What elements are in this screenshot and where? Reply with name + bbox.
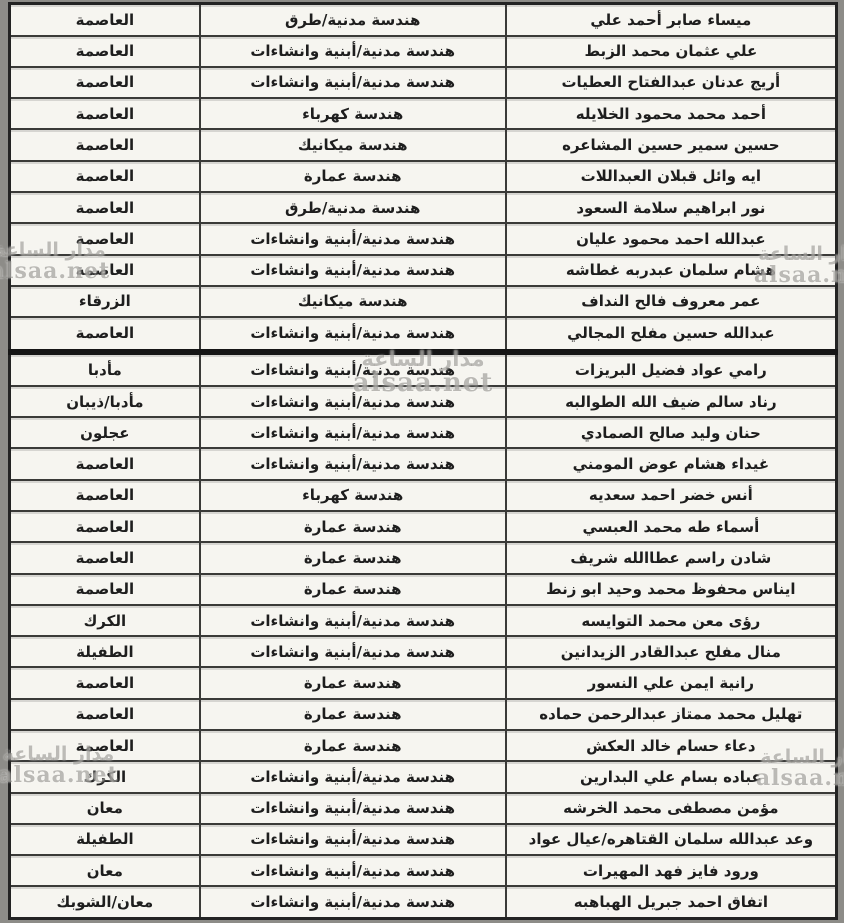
name-cell: نور ابراهيم سلامة السعود [506, 192, 837, 223]
table-row: علي عثمان محمد الزبطهندسة مدنية/أبنية وا… [10, 36, 837, 67]
specialization-cell: هندسة عمارة [200, 161, 506, 192]
name-cell: حسين سمير حسين المشاعره [506, 129, 837, 160]
specialization-cell: هندسة مدنية/أبنية وانشاءات [200, 223, 506, 254]
name-cell: عبدالله احمد محمود عليان [506, 223, 837, 254]
governorate-cell: العاصمة [10, 161, 200, 192]
specialization-cell: هندسة مدنية/أبنية وانشاءات [200, 255, 506, 286]
governorate-cell: الطفيلة [10, 636, 200, 667]
governorate-cell: عجلون [10, 417, 200, 448]
specialization-cell: هندسة ميكانيك [200, 286, 506, 317]
governorate-cell: الكرك [10, 761, 200, 792]
name-cell: دعاء حسام خالد العكش [506, 730, 837, 761]
table-row: ميساء صابر أحمد عليهندسة مدنية/طرقالعاصم… [10, 4, 837, 36]
table-row: عباده بسام علي البدارينهندسة مدنية/أبنية… [10, 761, 837, 792]
table-row: دعاء حسام خالد العكشهندسة عمارةالعاصمة [10, 730, 837, 761]
name-cell: هشام سلمان عبدربه غطاشه [506, 255, 837, 286]
table-row: نور ابراهيم سلامة السعودهندسة مدنية/طرقا… [10, 192, 837, 223]
governorate-cell: معان [10, 793, 200, 824]
governorate-cell: العاصمة [10, 4, 200, 36]
governorate-cell: العاصمة [10, 699, 200, 730]
table-row: شادن راسم عطاالله شريفهندسة عمارةالعاصمة [10, 542, 837, 573]
name-cell: رامي عواد فضيل البريزات [506, 352, 837, 386]
governorate-cell: العاصمة [10, 480, 200, 511]
governorate-cell: مأدبا [10, 352, 200, 386]
governorate-cell: مأدبا/ذيبان [10, 386, 200, 417]
table-row: وعد عبدالله سلمان القتاهره/عيال عوادهندس… [10, 824, 837, 855]
specialization-cell: هندسة عمارة [200, 730, 506, 761]
specialization-cell: هندسة مدنية/أبنية وانشاءات [200, 36, 506, 67]
specialization-cell: هندسة مدنية/أبنية وانشاءات [200, 417, 506, 448]
table-row: ورود فايز فهد المهيراتهندسة مدنية/أبنية … [10, 855, 837, 886]
name-cell: ميساء صابر أحمد علي [506, 4, 837, 36]
name-cell: حنان وليد صالح الصمادي [506, 417, 837, 448]
table-row: أريج عدنان عبدالفتاح العطياتهندسة مدنية/… [10, 67, 837, 98]
name-cell: رؤى معن محمد التوايسه [506, 605, 837, 636]
table-row: رامي عواد فضيل البريزاتهندسة مدنية/أبنية… [10, 352, 837, 386]
specialization-cell: هندسة عمارة [200, 574, 506, 605]
name-cell: تهليل محمد ممتاز عبدالرحمن حماده [506, 699, 837, 730]
table-body: ميساء صابر أحمد عليهندسة مدنية/طرقالعاصم… [10, 4, 837, 919]
table-row: عمر معروف فالح الندافهندسة ميكانيكالزرقا… [10, 286, 837, 317]
table-row: ايه وائل قبلان العبداللاتهندسة عمارةالعا… [10, 161, 837, 192]
specialization-cell: هندسة مدنية/أبنية وانشاءات [200, 761, 506, 792]
name-cell: وعد عبدالله سلمان القتاهره/عيال عواد [506, 824, 837, 855]
table-row: رؤى معن محمد التوايسههندسة مدنية/أبنية و… [10, 605, 837, 636]
table-row: أسماء طه محمد العبسيهندسة عمارةالعاصمة [10, 511, 837, 542]
name-cell: أحمد محمد محمود الخلايله [506, 98, 837, 129]
name-cell: ايه وائل قبلان العبداللات [506, 161, 837, 192]
table-row: عبدالله احمد محمود عليانهندسة مدنية/أبني… [10, 223, 837, 254]
specialization-cell: هندسة مدنية/أبنية وانشاءات [200, 448, 506, 479]
governorate-cell: العاصمة [10, 129, 200, 160]
table-row: رانية ايمن علي النسورهندسة عمارةالعاصمة [10, 667, 837, 698]
governorate-cell: العاصمة [10, 448, 200, 479]
table-row: رناد سالم ضيف الله الطوالبههندسة مدنية/أ… [10, 386, 837, 417]
name-cell: رناد سالم ضيف الله الطوالبه [506, 386, 837, 417]
governorate-cell: الزرقاء [10, 286, 200, 317]
specialization-cell: هندسة مدنية/أبنية وانشاءات [200, 886, 506, 918]
appointments-table: ميساء صابر أحمد عليهندسة مدنية/طرقالعاصم… [8, 2, 838, 920]
table-row: حسين سمير حسين المشاعرههندسة ميكانيكالعا… [10, 129, 837, 160]
specialization-cell: هندسة مدنية/أبنية وانشاءات [200, 824, 506, 855]
specialization-cell: هندسة مدنية/أبنية وانشاءات [200, 352, 506, 386]
name-cell: أريج عدنان عبدالفتاح العطيات [506, 67, 837, 98]
table-row: أنس خضر احمد سعديههندسة كهرباءالعاصمة [10, 480, 837, 511]
governorate-cell: معان [10, 855, 200, 886]
governorate-cell: العاصمة [10, 36, 200, 67]
table-row: ايناس محفوظ محمد وحيد ابو زنطهندسة عمارة… [10, 574, 837, 605]
table-row: حنان وليد صالح الصماديهندسة مدنية/أبنية … [10, 417, 837, 448]
specialization-cell: هندسة مدنية/أبنية وانشاءات [200, 605, 506, 636]
table-row: أحمد محمد محمود الخلايلههندسة كهرباءالعا… [10, 98, 837, 129]
governorate-cell: الطفيلة [10, 824, 200, 855]
specialization-cell: هندسة مدنية/أبنية وانشاءات [200, 317, 506, 351]
specialization-cell: هندسة مدنية/أبنية وانشاءات [200, 67, 506, 98]
specialization-cell: هندسة مدنية/أبنية وانشاءات [200, 386, 506, 417]
governorate-cell: العاصمة [10, 192, 200, 223]
specialization-cell: هندسة مدنية/طرق [200, 4, 506, 36]
name-cell: اتفاق احمد جبريل الهباهبه [506, 886, 837, 918]
governorate-cell: العاصمة [10, 317, 200, 351]
governorate-cell: العاصمة [10, 255, 200, 286]
name-cell: ورود فايز فهد المهيرات [506, 855, 837, 886]
name-cell: علي عثمان محمد الزبط [506, 36, 837, 67]
name-cell: أنس خضر احمد سعديه [506, 480, 837, 511]
name-cell: رانية ايمن علي النسور [506, 667, 837, 698]
specialization-cell: هندسة عمارة [200, 511, 506, 542]
table-row: عبدالله حسين مفلح المجاليهندسة مدنية/أبن… [10, 317, 837, 351]
specialization-cell: هندسة عمارة [200, 542, 506, 573]
governorate-cell: العاصمة [10, 542, 200, 573]
name-cell: ايناس محفوظ محمد وحيد ابو زنط [506, 574, 837, 605]
governorate-cell: العاصمة [10, 67, 200, 98]
specialization-cell: هندسة مدنية/أبنية وانشاءات [200, 636, 506, 667]
specialization-cell: هندسة مدنية/طرق [200, 192, 506, 223]
governorate-cell: العاصمة [10, 574, 200, 605]
table-row: مؤمن مصطفى محمد الخرشههندسة مدنية/أبنية … [10, 793, 837, 824]
table-row: تهليل محمد ممتاز عبدالرحمن حمادههندسة عم… [10, 699, 837, 730]
specialization-cell: هندسة عمارة [200, 667, 506, 698]
name-cell: عباده بسام علي البدارين [506, 761, 837, 792]
governorate-cell: العاصمة [10, 667, 200, 698]
specialization-cell: هندسة عمارة [200, 699, 506, 730]
table-row: غيداء هشام عوض المومنيهندسة مدنية/أبنية … [10, 448, 837, 479]
name-cell: شادن راسم عطاالله شريف [506, 542, 837, 573]
name-cell: غيداء هشام عوض المومني [506, 448, 837, 479]
specialization-cell: هندسة مدنية/أبنية وانشاءات [200, 793, 506, 824]
governorate-cell: العاصمة [10, 511, 200, 542]
table-row: اتفاق احمد جبريل الهباهبههندسة مدنية/أبن… [10, 886, 837, 918]
governorate-cell: العاصمة [10, 98, 200, 129]
name-cell: عبدالله حسين مفلح المجالي [506, 317, 837, 351]
name-cell: منال مفلح عبدالقادر الزيدانين [506, 636, 837, 667]
name-cell: مؤمن مصطفى محمد الخرشه [506, 793, 837, 824]
specialization-cell: هندسة ميكانيك [200, 129, 506, 160]
governorate-cell: العاصمة [10, 730, 200, 761]
specialization-cell: هندسة كهرباء [200, 98, 506, 129]
governorate-cell: معان/الشوبك [10, 886, 200, 918]
name-cell: عمر معروف فالح النداف [506, 286, 837, 317]
governorate-cell: الكرك [10, 605, 200, 636]
governorate-cell: العاصمة [10, 223, 200, 254]
table-row: منال مفلح عبدالقادر الزيدانينهندسة مدنية… [10, 636, 837, 667]
specialization-cell: هندسة مدنية/أبنية وانشاءات [200, 855, 506, 886]
table-row: هشام سلمان عبدربه غطاشههندسة مدنية/أبنية… [10, 255, 837, 286]
specialization-cell: هندسة كهرباء [200, 480, 506, 511]
scanned-document-page: ميساء صابر أحمد عليهندسة مدنية/طرقالعاصم… [0, 0, 844, 923]
name-cell: أسماء طه محمد العبسي [506, 511, 837, 542]
